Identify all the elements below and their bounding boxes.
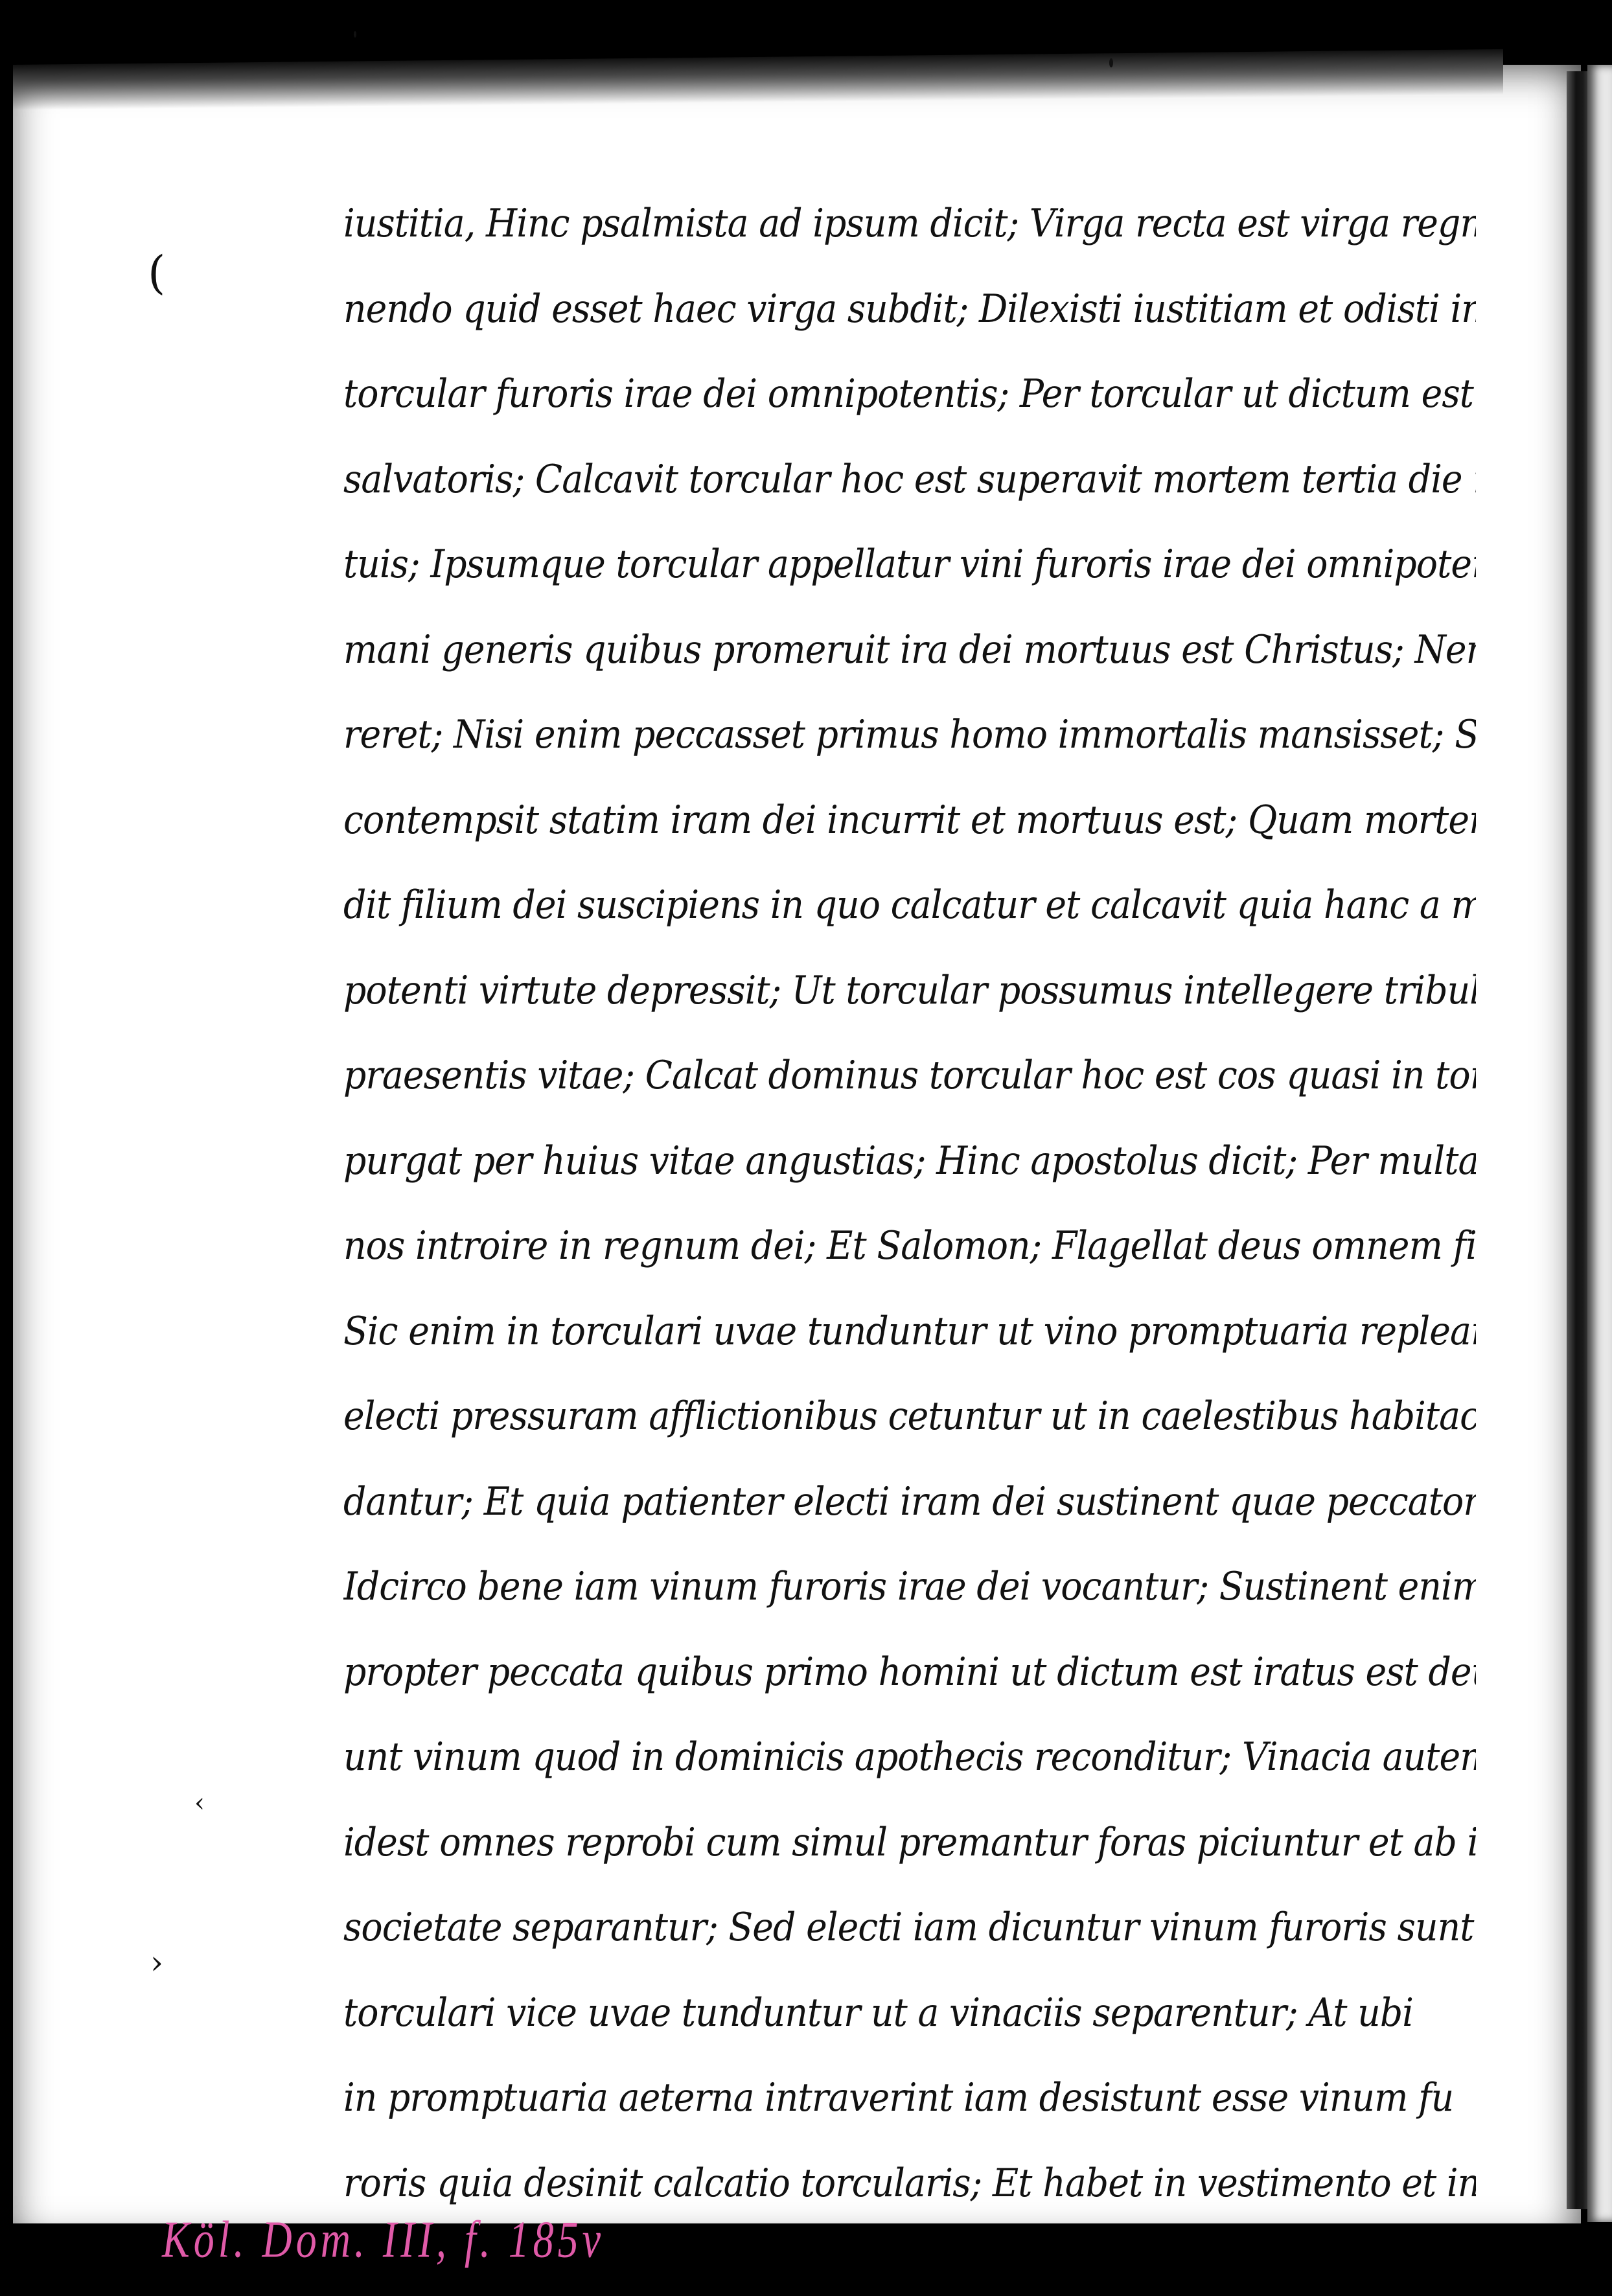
margin-mark-small-2: ›: [150, 1944, 163, 1981]
manuscript-line: torcular furoris irae dei omnipotentis; …: [343, 352, 1476, 437]
manuscript-line: torculari vice uvae tunduntur ut a vinac…: [343, 1971, 1476, 2056]
dust-speck: [1109, 58, 1113, 67]
margin-mark-small: ‹: [194, 1788, 205, 1818]
manuscript-line: dit filium dei suscipiens in quo calcatu…: [343, 863, 1476, 948]
manuscript-line: in promptuaria aeterna intraverint iam d…: [343, 2056, 1476, 2141]
manuscript-line: praesentis vitae; Calcat dominus torcula…: [343, 1033, 1476, 1119]
manuscript-line: contempsit statim iram dei incurrit et m…: [343, 778, 1476, 864]
manuscript-text-block: iustitia, Hinc psalmista ad ipsum dicit;…: [343, 181, 1574, 2226]
manuscript-line: iustitia, Hinc psalmista ad ipsum dicit;…: [343, 181, 1476, 267]
manuscript-line: Idcirco bene iam vinum furoris irae dei …: [343, 1544, 1476, 1630]
manuscript-line: potenti virtute depressit; Ut torcular p…: [343, 948, 1476, 1034]
margin-mark-paren: (: [148, 246, 165, 299]
manuscript-line: unt vinum quod in dominicis apothecis re…: [343, 1715, 1476, 1800]
manuscript-line: idest omnes reprobi cum simul premantur …: [343, 1800, 1476, 1886]
manuscript-line: mani generis quibus promeruit ira dei mo…: [343, 608, 1476, 693]
manuscript-line: dantur; Et quia patienter electi iram de…: [343, 1460, 1476, 1545]
manuscript-line: reret; Nisi enim peccasset primus homo i…: [343, 693, 1476, 778]
facing-page-edge: [1587, 65, 1612, 2222]
manuscript-line: purgat per huius vitae angustias; Hinc a…: [343, 1119, 1476, 1204]
manuscript-line: nendo quid esset haec virga subdit; Dile…: [343, 267, 1476, 352]
manuscript-line: Sic enim in torculari uvae tunduntur ut …: [343, 1289, 1476, 1375]
manuscript-line: societate separantur; Sed electi iam dic…: [343, 1885, 1476, 1971]
manuscript-line: propter peccata quibus primo homini ut d…: [343, 1630, 1476, 1716]
manuscript-line: electi pressuram afflictionibus cetuntur…: [343, 1374, 1476, 1460]
manuscript-line: salvatoris; Calcavit torcular hoc est su…: [343, 437, 1476, 523]
manuscript-line: nos introire in regnum dei; Et Salomon; …: [343, 1204, 1476, 1289]
dust-speck: [354, 31, 356, 38]
manuscript-line: tuis; Ipsumque torcular appellatur vini …: [343, 522, 1476, 608]
shelfmark-annotation: Köl. Dom. III, f. 185v: [162, 2210, 604, 2270]
